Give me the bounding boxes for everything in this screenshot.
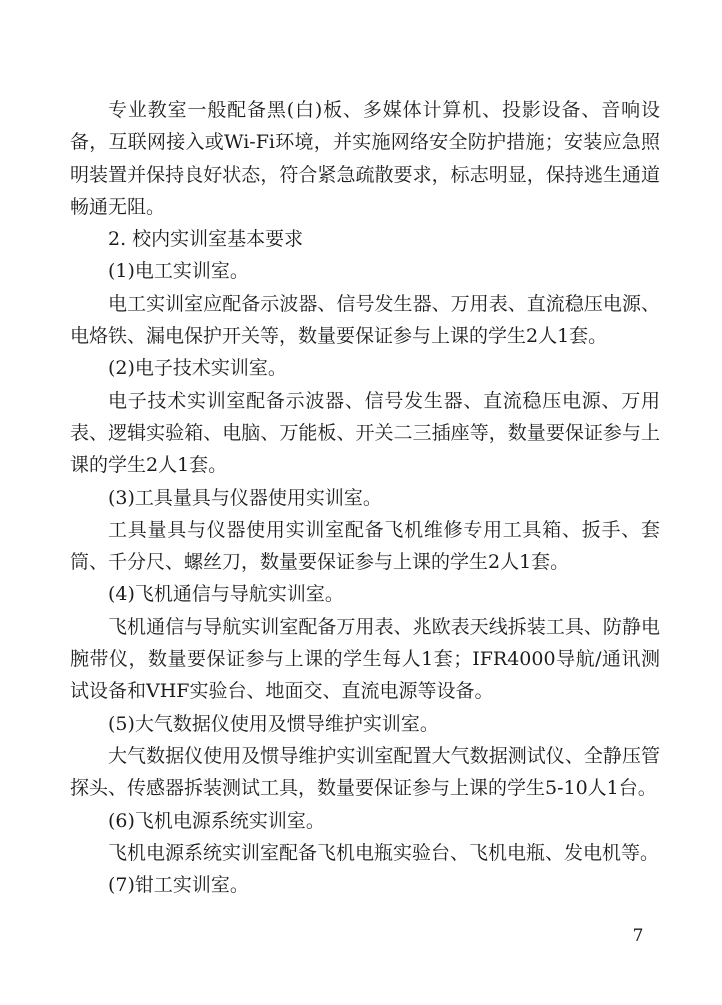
paragraph: 电工实训室应配备示波器、信号发生器、万用表、直流稳压电源、电烙铁、漏电保护开关等…	[70, 288, 660, 353]
paragraph: (5)大气数据仪使用及惯导维护实训室。	[70, 708, 660, 740]
paragraph: 专业教室一般配备黑(白)板、多媒体计算机、投影设备、音响设备，互联网接入或Wi-…	[70, 94, 660, 223]
paragraph: 工具量具与仪器使用实训室配备飞机维修专用工具箱、扳手、套筒、千分尺、螺丝刀，数量…	[70, 514, 660, 579]
paragraph: (4)飞机通信与导航实训室。	[70, 578, 660, 610]
paragraph: 2. 校内实训室基本要求	[70, 223, 660, 255]
paragraph: 飞机通信与导航实训室配备万用表、兆欧表天线拆装工具、防静电腕带仪，数量要保证参与…	[70, 611, 660, 708]
paragraph: (6)飞机电源系统实训室。	[70, 805, 660, 837]
paragraph: (3)工具量具与仪器使用实训室。	[70, 482, 660, 514]
paragraph: (2)电子技术实训室。	[70, 352, 660, 384]
paragraph: 飞机电源系统实训室配备飞机电瓶实验台、飞机电瓶、发电机等。	[70, 837, 660, 869]
paragraph: (1)电工实训室。	[70, 255, 660, 287]
paragraph: 大气数据仪使用及惯导维护实训室配置大气数据测试仪、全静压管探头、传感器拆装测试工…	[70, 740, 660, 805]
paragraph: 电子技术实训室配备示波器、信号发生器、直流稳压电源、万用表、逻辑实验箱、电脑、万…	[70, 385, 660, 482]
document-body: 专业教室一般配备黑(白)板、多媒体计算机、投影设备、音响设备，互联网接入或Wi-…	[70, 94, 660, 901]
paragraph: (7)钳工实训室。	[70, 869, 660, 901]
document-page: 专业教室一般配备黑(白)板、多媒体计算机、投影设备、音响设备，互联网接入或Wi-…	[0, 0, 722, 1005]
page-number: 7	[628, 926, 648, 946]
